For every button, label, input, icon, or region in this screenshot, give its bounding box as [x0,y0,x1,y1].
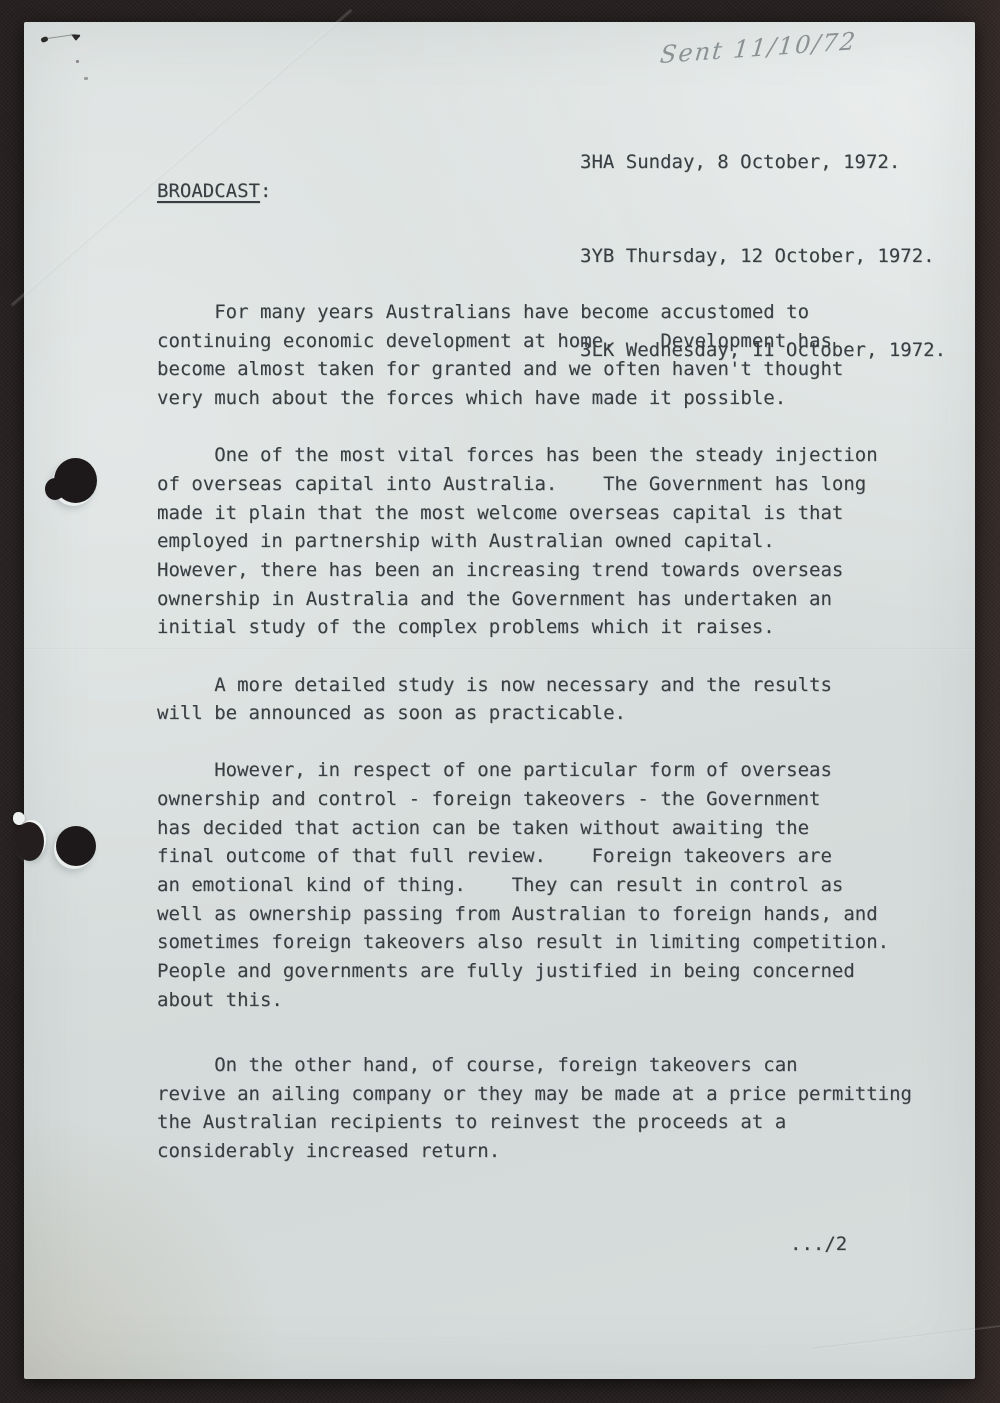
broadcast-date: 3YB Thursday, 12 October, 1972. [580,241,946,272]
text-line: considerably increased return. [157,1137,947,1166]
paragraph: On the other hand, of course, foreign ta… [157,1051,947,1166]
text-line: sometimes foreign takeovers also result … [157,928,947,957]
photo-background: Sent 11/10/72 3HA Sunday, 8 October, 197… [0,0,1000,1403]
text-line: revive an ailing company or they may be … [157,1080,947,1109]
text-line: will be announced as soon as practicable… [157,699,947,728]
document-page: Sent 11/10/72 3HA Sunday, 8 October, 197… [24,22,975,1379]
text-line: the Australian recipients to reinvest th… [157,1108,947,1137]
text-line: well as ownership passing from Australia… [157,900,947,929]
text-line: ownership and control - foreign takeover… [157,785,947,814]
text-line: an emotional kind of thing. They can res… [157,871,947,900]
broadcast-date: 3HA Sunday, 8 October, 1972. [580,147,946,178]
paragraph: However, in respect of one particular fo… [157,756,947,1014]
text-line: ownership in Australia and the Governmen… [157,585,947,614]
text-line: One of the most vital forces has been th… [157,441,947,470]
punch-hole-bottom [56,826,96,866]
punch-hole-top [54,458,97,503]
text-line: initial study of the complex problems wh… [157,613,947,642]
torn-edge-notch [15,822,44,861]
paragraph: For many years Australians have become a… [157,298,947,413]
paper-speck [76,60,79,63]
heading-text: BROADCAST [157,180,260,202]
scratch-mark [46,34,76,39]
text-line: has decided that action can be taken wit… [157,814,947,843]
text-line: made it plain that the most welcome over… [157,499,947,528]
paragraph: A more detailed study is now necessary a… [157,671,947,728]
text-line: very much about the forces which have ma… [157,384,947,413]
text-line: However, in respect of one particular fo… [157,756,947,785]
paper-crease-topleft [11,9,353,306]
document-body: For many years Australians have become a… [157,298,947,1166]
text-line: People and governments are fully justifi… [157,957,947,986]
text-line: become almost taken for granted and we o… [157,355,947,384]
text-line: On the other hand, of course, foreign ta… [157,1051,947,1080]
text-line: However, there has been an increasing tr… [157,556,947,585]
heading-colon: : [260,180,271,202]
text-line: employed in partnership with Australian … [157,527,947,556]
broadcast-heading: BROADCAST: [157,180,271,202]
paper-crease-bottomright [812,1324,1000,1350]
text-line: A more detailed study is now necessary a… [157,671,947,700]
staple-mark [70,30,82,41]
text-line: about this. [157,986,947,1015]
text-line: final outcome of that full review. Forei… [157,842,947,871]
handwritten-note: Sent 11/10/72 [659,27,859,69]
text-line: For many years Australians have become a… [157,298,947,327]
page-continuation-marker: .../2 [790,1233,847,1255]
text-line: of overseas capital into Australia. The … [157,470,947,499]
paragraph: One of the most vital forces has been th… [157,441,947,642]
text-line: continuing economic development at home.… [157,327,947,356]
paper-speck [84,77,88,80]
